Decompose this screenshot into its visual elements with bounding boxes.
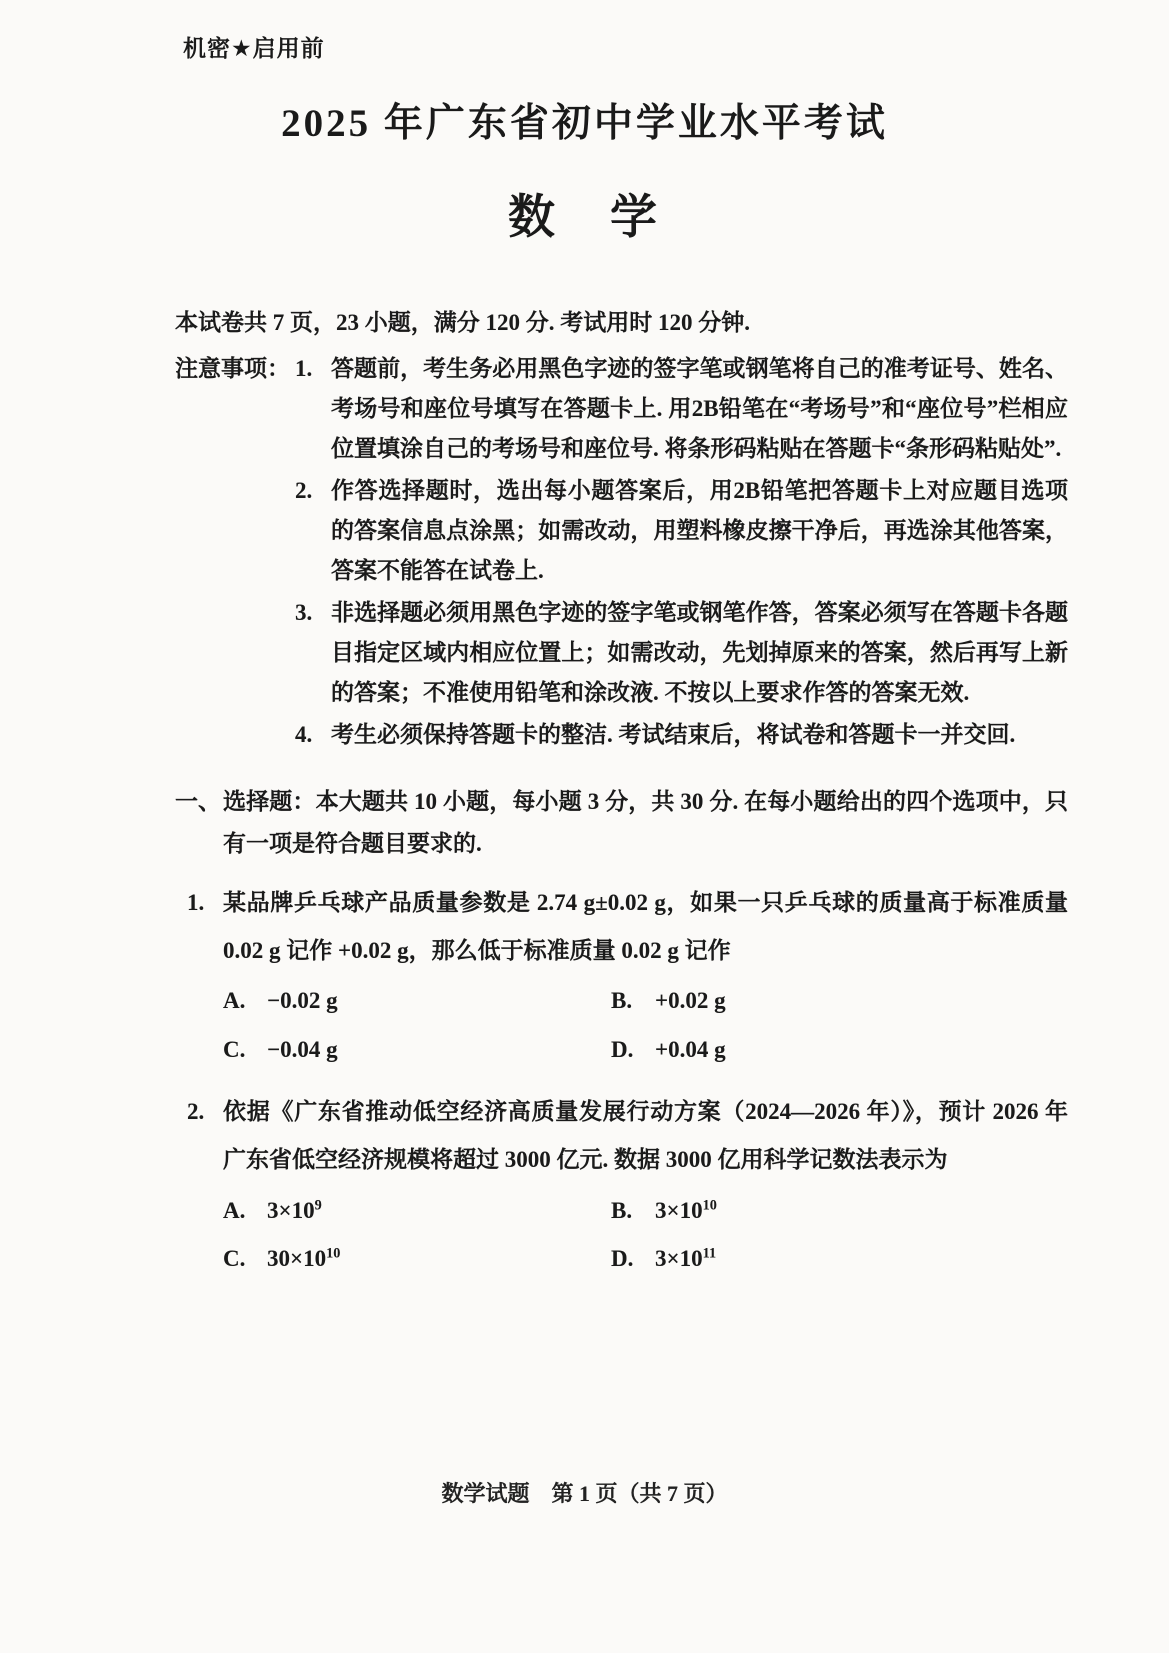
section-one-label: 一、: [175, 781, 223, 823]
option-b: B.+0.02 g: [611, 977, 1068, 1025]
question-text: 某品牌乒乓球产品质量参数是 2.74 g±0.02 g，如果一只乒乓球的质量高于…: [223, 879, 1068, 976]
option-b: B.3×1010: [611, 1187, 1068, 1235]
notes-label: 注意事项：: [175, 349, 295, 389]
note-text: 答题前，考生务必用黑色字迹的签字笔或钢笔将自己的准考证号、姓名、考场号和座位号填…: [331, 349, 1068, 469]
note-item: 注意事项： 1. 答题前，考生务必用黑色字迹的签字笔或钢笔将自己的准考证号、姓名…: [175, 349, 1068, 469]
option-label: C.: [223, 1026, 267, 1074]
option-label: A.: [223, 977, 267, 1025]
option-label: A.: [223, 1187, 267, 1235]
exam-title: 2025 年广东省初中学业水平考试: [0, 92, 1169, 148]
option-value: 3×10: [655, 1198, 703, 1223]
notes-section: 注意事项： 1. 答题前，考生务必用黑色字迹的签字笔或钢笔将自己的准考证号、姓名…: [175, 349, 1068, 755]
question-item-1: 1. 某品牌乒乓球产品质量参数是 2.74 g±0.02 g，如果一只乒乓球的质…: [175, 879, 1068, 1074]
note-number: 2.: [295, 471, 331, 511]
option-c: C.−0.04 g: [223, 1026, 611, 1074]
question-text: 依据《广东省推动低空经济高质量发展行动方案（2024—2026 年）》，预计 2…: [223, 1088, 1068, 1185]
question-item-2: 2. 依据《广东省推动低空经济高质量发展行动方案（2024—2026 年）》，预…: [175, 1088, 1068, 1283]
main-content: 本试卷共 7 页，23 小题，满分 120 分. 考试用时 120 分钟. 注意…: [175, 303, 1068, 1283]
option-value: −0.02 g: [267, 988, 338, 1013]
option-exponent: 10: [703, 1197, 717, 1213]
note-text: 考生必须保持答题卡的整洁. 考试结束后，将试卷和答题卡一并交回.: [331, 715, 1068, 755]
option-label: D.: [611, 1235, 655, 1283]
page-footer: 数学试题 第 1 页（共 7 页）: [0, 1477, 1169, 1508]
note-item: 3. 非选择题必须用黑色字迹的签字笔或钢笔作答，答案必须写在答题卡各题目指定区域…: [175, 593, 1068, 713]
subject-title: 数 学: [0, 180, 1169, 247]
note-item: 4. 考生必须保持答题卡的整洁. 考试结束后，将试卷和答题卡一并交回.: [175, 715, 1068, 755]
option-a: A.3×109: [223, 1187, 611, 1235]
option-d: D.3×1011: [611, 1235, 1068, 1283]
option-label: D.: [611, 1026, 655, 1074]
question-number: 1.: [187, 879, 223, 927]
option-value: 3×10: [655, 1246, 703, 1271]
option-label: C.: [223, 1235, 267, 1283]
section-one-text: 选择题：本大题共 10 小题，每小题 3 分，共 30 分. 在每小题给出的四个…: [223, 781, 1068, 865]
options-grid: A.−0.02 g B.+0.02 g C.−0.04 g D.+0.04 g: [223, 977, 1068, 1074]
question-body: 依据《广东省推动低空经济高质量发展行动方案（2024—2026 年）》，预计 2…: [223, 1088, 1068, 1283]
classification-label: 机密★启用前: [183, 30, 325, 63]
note-number: 1.: [295, 349, 331, 389]
options-grid: A.3×109 B.3×1010 C.30×1010 D.3×1011: [223, 1187, 1068, 1284]
exam-info-line: 本试卷共 7 页，23 小题，满分 120 分. 考试用时 120 分钟.: [175, 303, 1068, 343]
option-label: B.: [611, 1187, 655, 1235]
option-exponent: 11: [703, 1245, 716, 1261]
exam-paper-page: 机密★启用前 2025 年广东省初中学业水平考试 数 学 本试卷共 7 页，23…: [0, 0, 1169, 1653]
option-value: −0.04 g: [267, 1037, 338, 1062]
option-value: +0.02 g: [655, 988, 726, 1013]
option-d: D.+0.04 g: [611, 1026, 1068, 1074]
note-item: 2. 作答选择题时，选出每小题答案后，用2B铅笔把答题卡上对应题目选项的答案信息…: [175, 471, 1068, 591]
option-c: C.30×1010: [223, 1235, 611, 1283]
option-exponent: 9: [315, 1197, 322, 1213]
question-number: 2.: [187, 1088, 223, 1136]
section-one-heading: 一、 选择题：本大题共 10 小题，每小题 3 分，共 30 分. 在每小题给出…: [175, 781, 1068, 865]
option-label: B.: [611, 977, 655, 1025]
option-value: +0.04 g: [655, 1037, 726, 1062]
note-number: 4.: [295, 715, 331, 755]
note-text: 非选择题必须用黑色字迹的签字笔或钢笔作答，答案必须写在答题卡各题目指定区域内相应…: [331, 593, 1068, 713]
note-number: 3.: [295, 593, 331, 633]
question-body: 某品牌乒乓球产品质量参数是 2.74 g±0.02 g，如果一只乒乓球的质量高于…: [223, 879, 1068, 1074]
note-text: 作答选择题时，选出每小题答案后，用2B铅笔把答题卡上对应题目选项的答案信息点涂黑…: [331, 471, 1068, 591]
option-value: 30×10: [267, 1246, 326, 1271]
option-value: 3×10: [267, 1198, 315, 1223]
option-a: A.−0.02 g: [223, 977, 611, 1025]
option-exponent: 10: [326, 1245, 340, 1261]
